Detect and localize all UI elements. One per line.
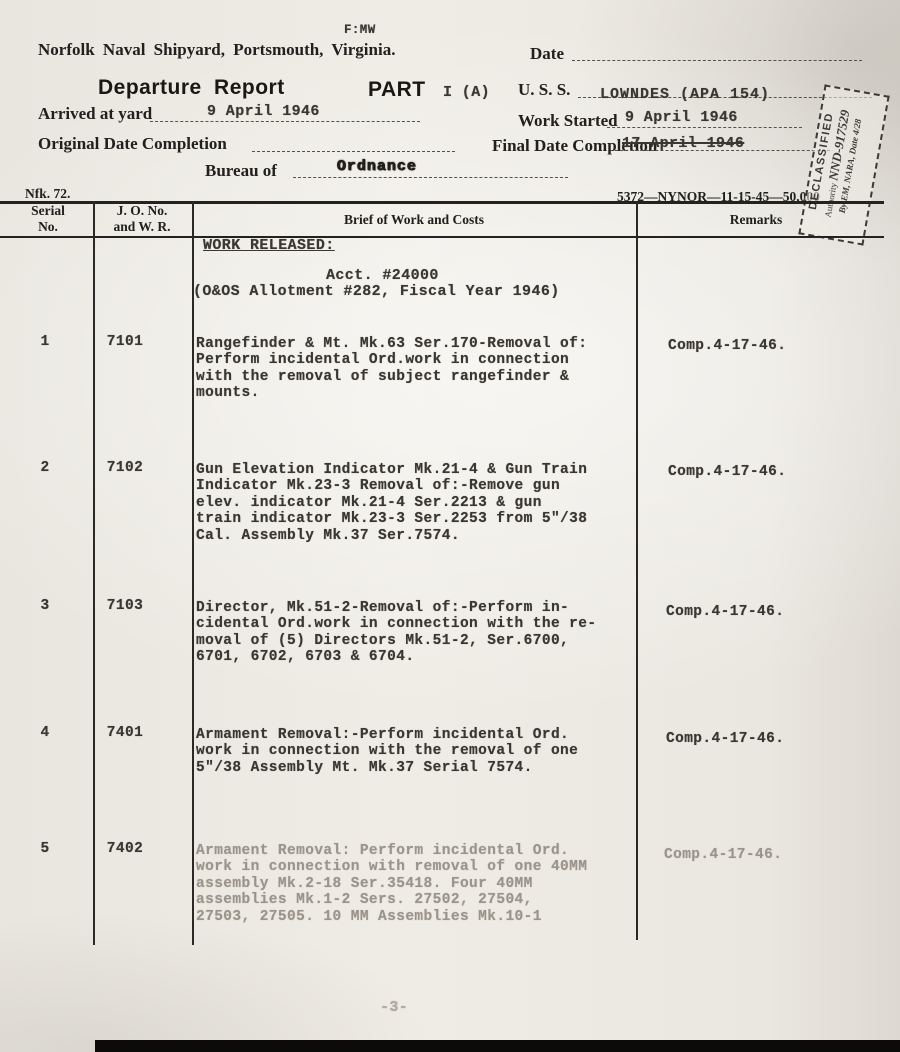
header-jo: J. O. No. and W. R. [97,203,187,235]
row-remark: Comp.4-17-46. [666,604,784,620]
work-started-value: 9 April 1946 [625,110,738,126]
account-line-2: (O&OS Allotment #282, Fiscal Year 1946) [193,284,560,300]
row-remark: Comp.4-17-46. [664,847,782,863]
row-serial: 2 [20,460,70,476]
work-started-label: Work Started [518,111,618,131]
row-brief: Director, Mk.51-2-Removal of:-Perform in… [196,600,646,666]
table-divider-2 [192,201,194,945]
row-serial: 1 [20,334,70,350]
part-label: PART [368,78,426,102]
uss-label: U. S. S. [518,80,570,100]
orig-completion-fill-line [252,151,455,152]
final-completion-value: 17 April 1946 [622,136,744,152]
table-header-rule [0,236,884,238]
arrived-value: 9 April 1946 [207,104,320,120]
row-jo: 7101 [85,334,165,350]
row-jo: 7103 [85,598,165,614]
arrived-label: Arrived at yard [38,104,152,124]
corner-note: F:MW [344,22,376,38]
scanned-document-page: F:MW Norfolk Naval Shipyard, Portsmouth,… [0,0,900,1052]
row-jo: 7102 [85,460,165,476]
bureau-label: Bureau of [205,161,277,181]
table-divider-1 [93,201,95,945]
header-brief: Brief of Work and Costs [192,212,636,228]
date-fill-line [572,60,862,61]
work-started-fill-line [607,127,802,128]
scan-artifact-bar [95,1040,900,1052]
orig-completion-label: Original Date Completion [38,134,227,154]
bureau-fill-line [293,177,568,178]
arrived-fill-line [150,121,420,122]
header-remarks: Remarks [636,212,876,228]
row-jo: 7401 [85,725,165,741]
row-brief: Armament Removal:-Perform incidental Ord… [196,727,640,776]
row-brief: Rangefinder & Mt. Mk.63 Ser.170-Removal … [196,336,640,402]
account-line-1: Acct. #24000 [326,268,439,284]
row-remark: Comp.4-17-46. [666,731,784,747]
section-heading: WORK RELEASED: [203,238,335,254]
bureau-value: Ordnance [337,159,417,175]
uss-value: LOWNDES (APA 154) [600,87,770,103]
row-serial: 4 [20,725,70,741]
form-number-left: Nfk. 72. [25,186,70,202]
row-brief: Armament Removal: Perform incidental Ord… [196,843,640,925]
row-remark: Comp.4-17-46. [668,464,786,480]
row-jo: 7402 [85,841,165,857]
part-value: I (A) [443,85,490,101]
row-serial: 5 [20,841,70,857]
page-number: -3- [380,1000,408,1016]
report-title: Departure Report [98,76,285,100]
shipyard-name: Norfolk Naval Shipyard, Portsmouth, Virg… [38,40,395,60]
header-serial: Serial No. [10,203,86,235]
row-brief: Gun Elevation Indicator Mk.21-4 & Gun Tr… [196,462,640,544]
row-serial: 3 [20,598,70,614]
date-label: Date [530,44,564,64]
table-divider-3 [636,201,638,940]
row-remark: Comp.4-17-46. [668,338,786,354]
